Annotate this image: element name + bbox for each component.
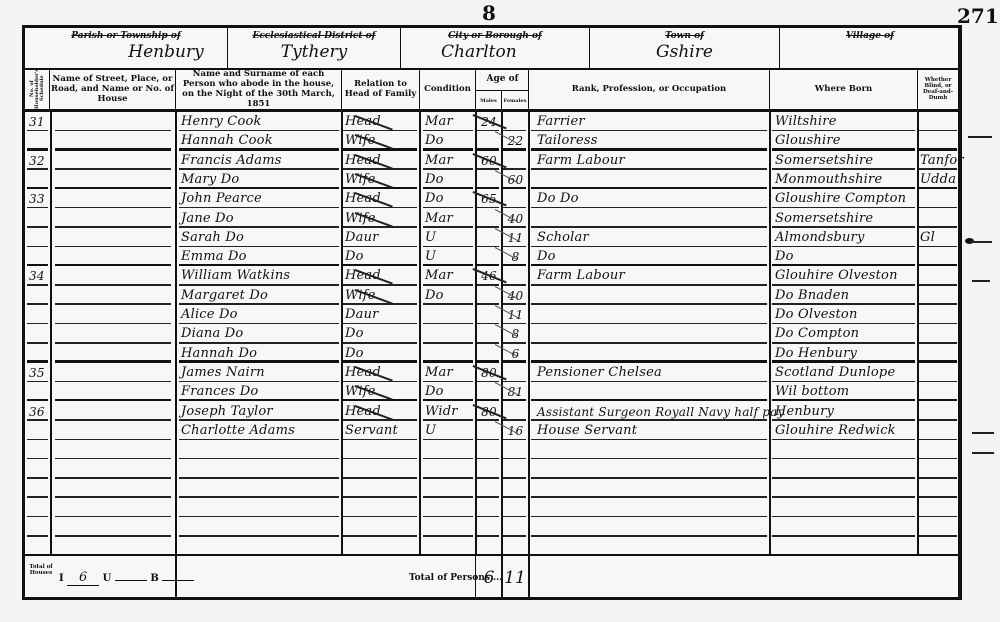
cell-female: 11 (502, 228, 529, 247)
cell-relation: Daur (345, 228, 379, 247)
table-row: 36Joseph TaylorHeadWidr80Assistant Surge… (25, 402, 958, 421)
totals-footer: Total of Houses I 6 U B Total of Persons… (25, 554, 958, 600)
row-rule (343, 535, 417, 537)
table-row: Hannah DoDo6Do Henbury (25, 344, 958, 363)
table-row (25, 479, 958, 498)
cell-condition: Do (425, 131, 444, 150)
cell-relation: Do (345, 247, 364, 266)
cell-born: Somersetshire (775, 151, 873, 170)
col-street-header: Name of Street, Place, or Road, and Name… (50, 68, 176, 112)
table-row: Alice DoDaur11Do Olveston (25, 305, 958, 324)
table-row: 34William WatkinsHeadMar46Farm LabourGlo… (25, 266, 958, 285)
row-rule (179, 535, 339, 537)
col-occupation-header: Rank, Profession, or Occupation (529, 68, 770, 112)
col-name-header: Name and Surname of each Person who abod… (176, 68, 342, 112)
cell-name: Emma Do (181, 247, 247, 266)
cell-name: Margaret Do (181, 286, 268, 305)
cell-condition: Do (425, 170, 444, 189)
cell-female: 60 (502, 170, 529, 189)
building-value (162, 580, 194, 581)
males-label: Males (476, 90, 502, 112)
cell-born: Glouhire Olveston (775, 266, 898, 285)
cell-schedule: 32 (29, 151, 45, 170)
cell-born: Almondsbury (775, 228, 865, 247)
cell-blind: Udda (920, 170, 956, 189)
cell-male (476, 459, 502, 478)
town-cell: Town of Gshire (590, 28, 780, 68)
cell-female: 40 (502, 209, 529, 228)
cell-born: Gloushire Compton (775, 189, 906, 208)
eccl-district-value: Tythery (228, 42, 400, 62)
cell-name: Henry Cook (181, 112, 262, 131)
cell-occupation: Farm Labour (537, 151, 625, 170)
cell-female (502, 517, 529, 536)
total-females: 11 (501, 556, 529, 600)
cell-name: Charlotte Adams (181, 421, 295, 440)
cell-relation: Daur (345, 305, 379, 324)
cell-born: Monmouthshire (775, 170, 882, 189)
cell-condition: Mar (425, 266, 453, 285)
cell-schedule: 31 (29, 112, 45, 131)
cell-relation: Servant (345, 421, 398, 440)
cell-male (476, 517, 502, 536)
cell-occupation: Do (537, 247, 556, 266)
cell-female: 16 (502, 421, 529, 440)
cell-female (502, 498, 529, 517)
cell-condition: U (425, 228, 436, 247)
village-label: Village of (780, 31, 960, 41)
cell-condition: Mar (425, 112, 453, 131)
cell-relation: Head (345, 151, 381, 170)
cell-relation: Head (345, 402, 381, 421)
col-blind-header: Whether Blind, or Deaf-and-Dumb (918, 68, 958, 112)
cell-born: Wil bottom (775, 382, 849, 401)
cell-name: John Pearce (181, 189, 262, 208)
table-row: 32Francis AdamsHeadMar60Farm LabourSomer… (25, 151, 958, 170)
building-label: B (150, 573, 158, 584)
table-row: Diana DoDo8Do Compton (25, 324, 958, 343)
cell-born: Do (775, 247, 794, 266)
margin-mark (972, 432, 994, 434)
cell-condition: U (425, 421, 436, 440)
margin-mark (972, 280, 990, 282)
folio-number-right: 271 (957, 4, 999, 28)
col-born-header: Where Born (770, 68, 918, 112)
total-males: 6 (475, 556, 502, 600)
cell-male (476, 498, 502, 517)
row-rule (27, 535, 48, 537)
cell-name: Hannah Do (181, 344, 257, 363)
cell-condition: Mar (425, 363, 453, 382)
age-of-label: Age of (476, 68, 529, 91)
cell-name: Sarah Do (181, 228, 244, 247)
cell-name: Alice Do (181, 305, 238, 324)
cell-occupation: House Servant (537, 421, 637, 440)
cell-female (502, 459, 529, 478)
cell-name: William Watkins (181, 266, 290, 285)
row-rule (919, 535, 957, 537)
cell-condition: Mar (425, 151, 453, 170)
cell-female (502, 479, 529, 498)
town-value: Gshire (590, 42, 779, 62)
cell-female: 11 (502, 305, 529, 324)
table-row (25, 517, 958, 536)
row-rule (55, 535, 171, 537)
cell-female: 22 (502, 131, 529, 150)
cell-female: 81 (502, 382, 529, 401)
folio-number-top: 8 (482, 1, 496, 25)
cell-name: Jane Do (181, 209, 234, 228)
row-rule (423, 535, 473, 537)
uninhabited-label: U (103, 573, 112, 584)
cell-name: Joseph Taylor (181, 402, 273, 421)
cell-born: Do Compton (775, 324, 859, 343)
cell-condition: Do (425, 382, 444, 401)
cell-occupation: Assistant Surgeon Royall Navy half pay (537, 402, 784, 421)
cell-born: Glouhire Redwick (775, 421, 896, 440)
margin-mark (970, 241, 992, 243)
cell-born: Gloushire (775, 131, 841, 150)
cell-schedule: 36 (29, 402, 45, 421)
village-cell: Village of (780, 28, 960, 68)
cell-occupation: Pensioner Chelsea (537, 363, 662, 382)
cell-name: Francis Adams (181, 151, 282, 170)
females-label: Females (502, 90, 529, 112)
inhabited-value: 6 (67, 570, 99, 586)
census-sheet: Parish or Township of Henbury Ecclesiast… (22, 25, 962, 600)
table-row: Frances DoWifeDo81Wil bottom (25, 382, 958, 401)
col-schedule-header: No. of Householder's Schedule (25, 68, 50, 112)
table-row: 33John PearceHeadDo65Do DoGloushire Comp… (25, 189, 958, 208)
cell-born: Somersetshire (775, 209, 873, 228)
cell-born: Do Olveston (775, 305, 858, 324)
col-condition-header: Condition (420, 68, 476, 112)
cell-born: Scotland Dunlope (775, 363, 895, 382)
cell-female: 6 (502, 344, 529, 363)
table-row: 31Henry CookHeadMar24FarrierWiltshire (25, 112, 958, 131)
cell-condition: Do (425, 286, 444, 305)
table-row (25, 440, 958, 459)
cell-occupation: Scholar (537, 228, 589, 247)
table-row: Margaret DoWifeDo40Do Bnaden (25, 286, 958, 305)
row-rule (531, 535, 767, 537)
table-row: Emma DoDoU8DoDo (25, 247, 958, 266)
cell-occupation: Tailoress (537, 131, 598, 150)
row-rule (772, 535, 915, 537)
cell-condition: Do (425, 189, 444, 208)
cell-occupation: Farrier (537, 112, 585, 131)
table-row: Sarah DoDaurU11ScholarAlmondsburyGl (25, 228, 958, 247)
cell-occupation: Farm Labour (537, 266, 625, 285)
cell-condition: Widr (425, 402, 458, 421)
cell-name: James Nairn (181, 363, 265, 382)
cell-born: Henbury (775, 402, 834, 421)
table-row: Mary DoWifeDo60MonmouthshireUdda (25, 170, 958, 189)
margin-mark (968, 136, 992, 138)
cell-name: Diana Do (181, 324, 243, 343)
uninhabited-value (115, 580, 147, 581)
eccl-district-label: Ecclesiastical District of (228, 31, 400, 41)
cell-schedule: 35 (29, 363, 45, 382)
houses-tally: I 6 U B (59, 570, 194, 586)
table-row (25, 498, 958, 517)
margin-mark (972, 452, 994, 454)
parish-label: Parish or Township of (25, 31, 227, 41)
eccl-district-cell: Ecclesiastical District of Tythery (228, 28, 401, 68)
cell-blind: Gl (920, 228, 935, 247)
cell-male (476, 440, 502, 459)
cell-relation: Do (345, 344, 364, 363)
cell-blind: Tanfor (920, 151, 964, 170)
cell-name: Frances Do (181, 382, 258, 401)
table-row: Hannah CookWifeDo22TailoressGloushire (25, 131, 958, 150)
cell-relation: Head (345, 363, 381, 382)
cell-name: Hannah Cook (181, 131, 273, 150)
town-label: Town of (590, 31, 779, 41)
total-houses-label: Total of Houses (26, 564, 56, 576)
cell-female (502, 440, 529, 459)
cell-condition: Mar (425, 209, 453, 228)
cell-female: 8 (502, 324, 529, 343)
city-cell: City or Borough of Charlton (401, 28, 590, 68)
cell-relation: Do (345, 324, 364, 343)
table-row: Jane DoWifeMar40Somersetshire (25, 209, 958, 228)
table-row: 35James NairnHeadMar80Pensioner ChelseaS… (25, 363, 958, 382)
cell-condition: U (425, 247, 436, 266)
city-label: City or Borough of (401, 31, 589, 41)
cell-female: 8 (502, 247, 529, 266)
header-strip: Parish or Township of Henbury Ecclesiast… (25, 28, 958, 70)
table-row (25, 459, 958, 478)
col-relation-header: Relation to Head of Family (342, 68, 420, 112)
cell-occupation: Do Do (537, 189, 579, 208)
cell-female: 40 (502, 286, 529, 305)
cell-schedule: 34 (29, 266, 45, 285)
cell-name: Mary Do (181, 170, 239, 189)
cell-born: Do Henbury (775, 344, 857, 363)
table-row: Charlotte AdamsServantU16House ServantGl… (25, 421, 958, 440)
cell-schedule: 33 (29, 189, 45, 208)
inhabited-label: I (59, 573, 64, 584)
cell-born: Do Bnaden (775, 286, 849, 305)
parish-cell: Parish or Township of Henbury (25, 28, 228, 68)
cell-male (476, 479, 502, 498)
cell-born: Wiltshire (775, 112, 837, 131)
